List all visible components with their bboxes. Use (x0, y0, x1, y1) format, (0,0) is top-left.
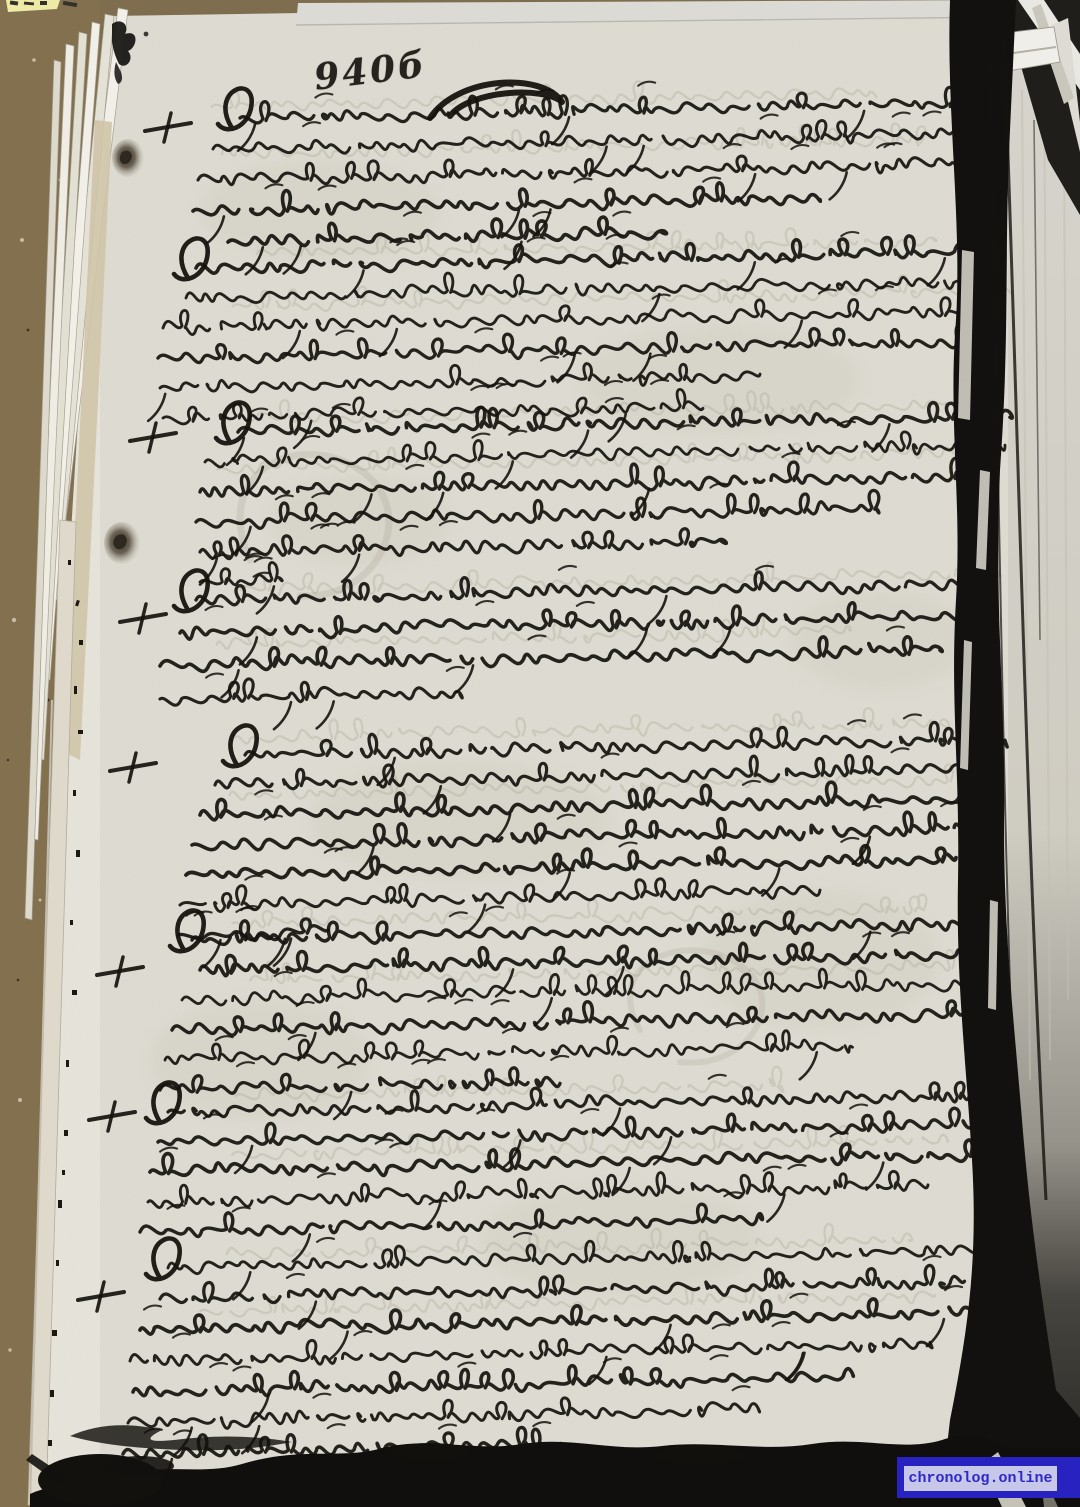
watermark-badge[interactable]: chronolog.online (897, 1457, 1080, 1498)
damage-layer (0, 0, 1080, 1507)
watermark-label: chronolog.online (908, 1470, 1052, 1487)
photo-of-manuscript-page: 940б (0, 0, 1080, 1507)
watermark-panel: chronolog.online (904, 1466, 1057, 1491)
